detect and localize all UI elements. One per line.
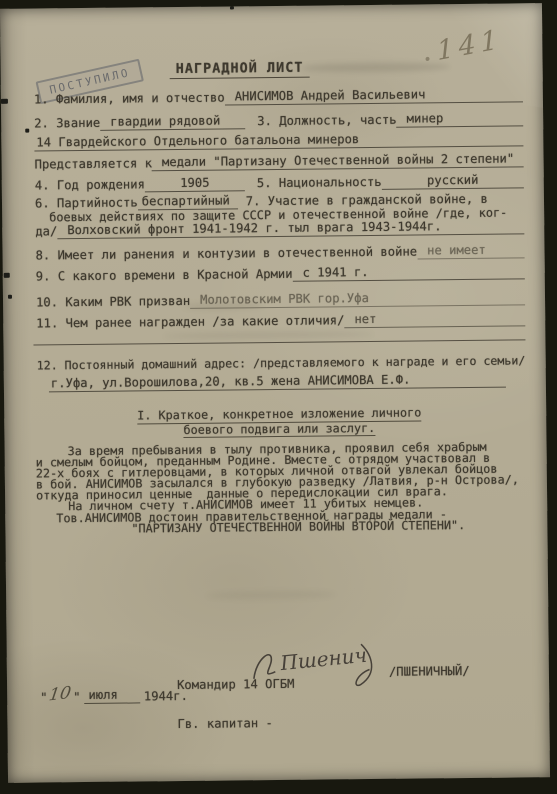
bleedthrough-smudge-1	[183, 302, 263, 310]
field-name-label: 1. Фамилия, имя и отчество	[34, 91, 225, 108]
doc-title-text: НАГРАДНОЙ ЛИСТ	[170, 60, 310, 79]
paper-speck	[8, 295, 12, 299]
field-presented-label: Представляется к	[35, 156, 153, 172]
paper-speck	[25, 129, 29, 133]
field-birth-year-value: 1905	[145, 175, 245, 192]
paper-speck	[4, 273, 10, 278]
date-open-quote: "	[40, 690, 47, 704]
section1-heading: I. Краткое, конкретное изложение личного…	[44, 405, 514, 439]
paper-speck	[230, 6, 234, 9]
award-sheet-page: 141 ПОСТУПИЛО НАГРАДНОЙ ЛИСТ 1. Фамилия,…	[0, 3, 550, 783]
field-service-since-value: с 1941 г.	[292, 263, 524, 281]
field-unit-value: 14 Гвардейского Отдельного батальона мин…	[34, 130, 523, 151]
field-presented-value: медали "Партизану Отечественной войны 2 …	[152, 151, 524, 171]
field-home-address-value-row: г.Уфа, ул.Ворошилова,20, кв.5 жена АНИСИ…	[49, 371, 506, 393]
field-rank-value: гвардии рядовой	[100, 113, 245, 131]
faint-smudge-center	[206, 590, 336, 599]
field-service-since-row: 9. С какого времени в Красной Армии с 19…	[36, 262, 525, 284]
bleedthrough-smudge-2	[163, 331, 373, 339]
field-position-value: минер	[397, 110, 524, 127]
field-name-value: АНИСИМОВ Андрей Васильевич	[225, 86, 523, 105]
signature-typed-name: /ПШЕНИЧНЫЙ/	[389, 664, 470, 679]
date-year: 1944г.	[140, 689, 188, 704]
empty-ruled-line	[33, 339, 525, 345]
field-previous-awards-value: нет	[344, 310, 525, 328]
signature-name-script: Пшенич	[278, 643, 368, 675]
date-day-handwritten: 10	[48, 683, 73, 705]
field-position-label: 3. Должность, часть	[245, 113, 397, 130]
field-service-since-label: 9. С какого времени в Красной Армии	[36, 267, 293, 285]
scan-frame: { "document": { "page_number": "141", "s…	[0, 0, 557, 794]
commander-rank-line: Гв. капитан -	[177, 717, 295, 731]
field-rank-label: 2. Звание	[34, 116, 100, 132]
field-wounds-label: 8. Имеет ли ранения и контузии в отечест…	[35, 245, 417, 264]
field-wounds-row: 8. Имеет ли ранения и контузии в отечест…	[35, 241, 524, 263]
field-presented-row: Представляется к медали "Партизану Отече…	[34, 150, 523, 172]
field-unit-row: 14 Гвардейского Отдельного батальона мин…	[34, 129, 523, 151]
field-home-address-value: г.Уфа, ул.Ворошилова,20, кв.5 жена АНИСИ…	[49, 372, 506, 393]
field-nationality-label: 5. Национальность	[245, 175, 382, 191]
field-previous-awards-label: 11. Чем ранее награжден /за какие отличи…	[36, 313, 344, 331]
date-row: " 10 " июля 1944г.	[40, 683, 188, 705]
merit-description: За время пребывания в тылу противника, п…	[36, 441, 537, 535]
field-birth-year-label: 4. Год рождения	[35, 177, 145, 193]
date-close-quote: "	[73, 690, 80, 704]
field-rank-position-row: 2. Звание гвардии рядовой 3. Должность, …	[34, 109, 523, 131]
field-war-participation-value: Волховский фронт 1941-1942 г. тыл врага …	[57, 218, 524, 239]
field-previous-awards-row: 11. Чем ранее награжден /за какие отличи…	[36, 309, 525, 331]
field-drafted-by-label: 10. Каким РВК призван	[36, 294, 190, 311]
field-drafted-by-row: 10. Каким РВК призван Молотовским РВК го…	[36, 288, 525, 310]
paper-speck	[1, 99, 8, 104]
field-war-participation-label-end: да/	[35, 224, 57, 239]
signature-flourish-path	[252, 654, 276, 679]
date-month: июля	[84, 687, 140, 704]
section1-heading-line2: боевого подвига или заслуг.	[183, 421, 375, 438]
field-nationality-value: русский	[382, 172, 524, 189]
field-wounds-value: не имеет	[417, 242, 525, 259]
